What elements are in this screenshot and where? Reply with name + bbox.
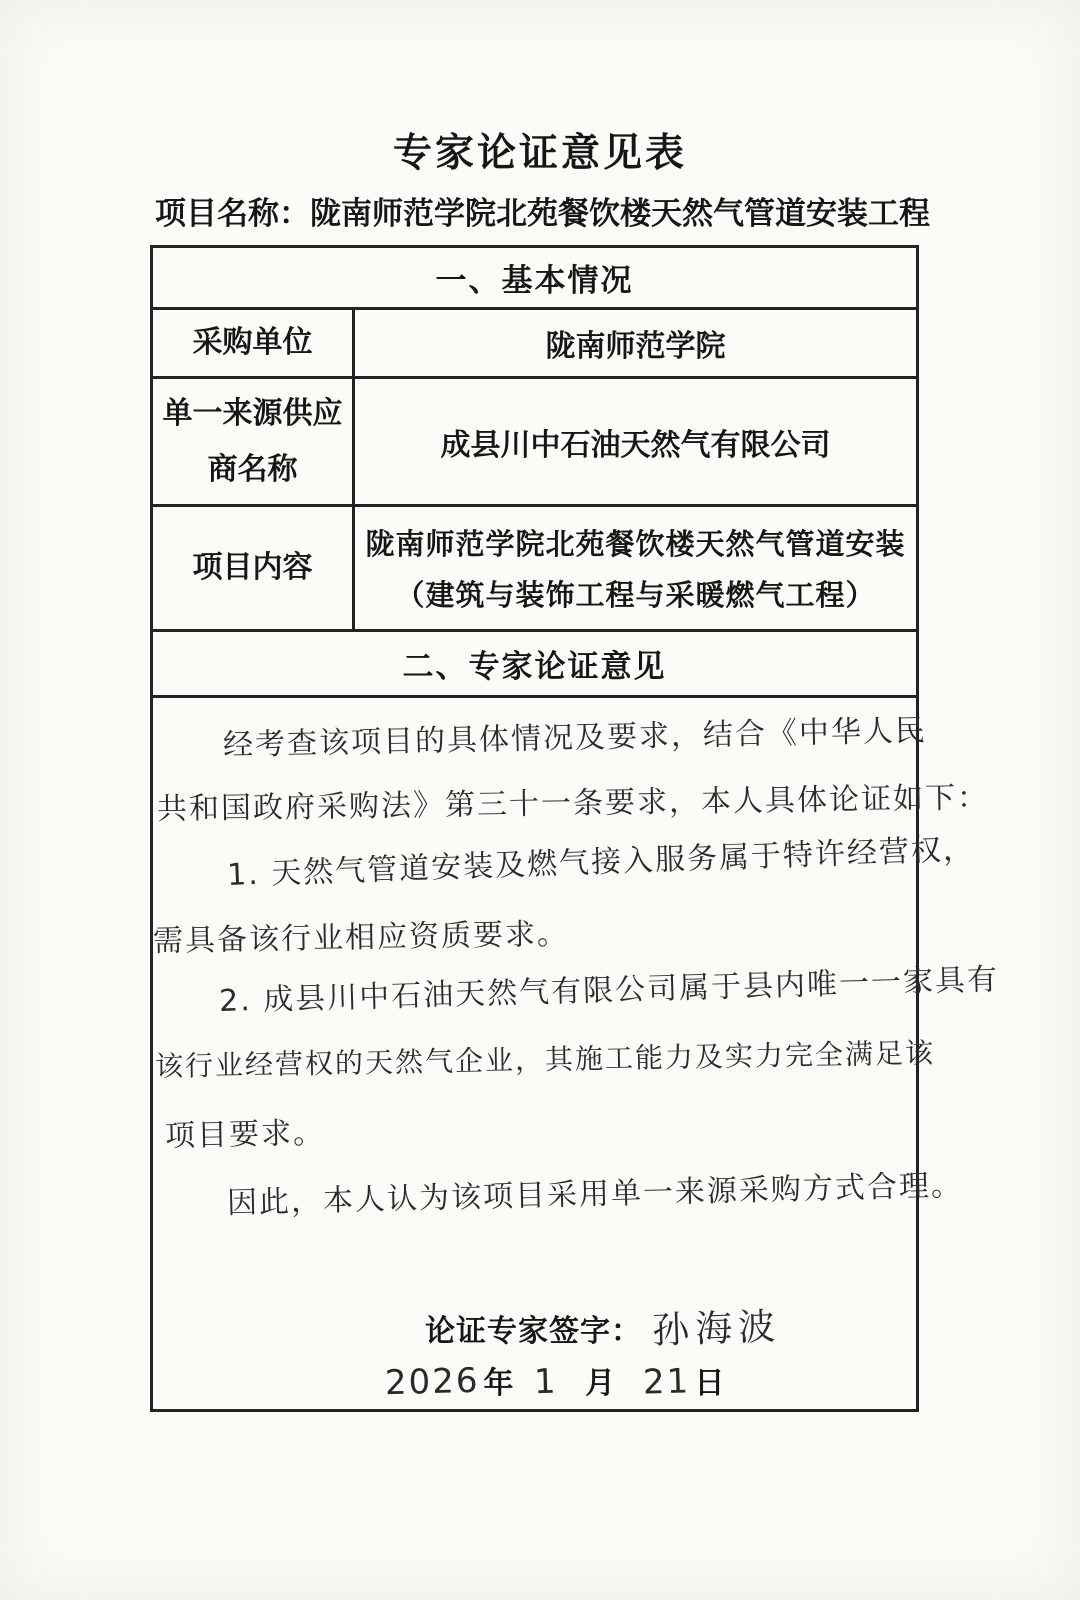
project-content-line1: 陇南师范学院北苑餐饮楼天然气管道安装 [365, 522, 905, 563]
page-title: 专家论证意见表 [0, 122, 1080, 178]
table-row-supplier: 单一来源供应商名称 成县川中石油天然气有限公司 [153, 379, 916, 507]
date-month-handwritten: 1 [533, 1362, 558, 1403]
opinion-form-table: 一、基本情况 采购单位 陇南师范学院 单一来源供应商名称 成县川中石油天然气有限… [150, 245, 919, 1412]
handwritten-line: 因此，本人认为该项目采用单一来源采购方式合理。 [226, 1160, 963, 1222]
project-name-label: 项目名称： [155, 196, 310, 231]
section-header-expert-opinion: 二、专家论证意见 [153, 632, 916, 698]
supplier-label: 单一来源供应商名称 [153, 379, 355, 504]
project-content-label: 项目内容 [153, 507, 355, 629]
signature-label: 论证专家签字： [425, 1306, 642, 1350]
date-month-unit: 月 [585, 1358, 615, 1402]
handwritten-line: 2. 成县川中石油天然气有限公司属于县内唯一一家具有 [218, 954, 999, 1020]
handwritten-line: 需具备该行业相应资质要求。 [153, 909, 570, 960]
purchaser-label: 采购单位 [153, 310, 355, 376]
signature-line: 论证专家签字： 孙海波 [425, 1298, 781, 1352]
handwritten-line: 共和国政府采购法》第三十一条要求，本人具体论证如下： [157, 772, 990, 828]
handwritten-line: 该行业经营权的天然气企业，其施工能力及实力完全满足该 [155, 1031, 936, 1085]
handwritten-line: 项目要求。 [165, 1108, 326, 1155]
date-year-unit: 年 [484, 1358, 514, 1402]
table-row-purchaser: 采购单位 陇南师范学院 [153, 310, 916, 379]
project-name-value: 陇南师范学院北苑餐饮楼天然气管道安装工程 [310, 196, 930, 231]
supplier-value: 成县川中石油天然气有限公司 [355, 379, 916, 504]
handwritten-line: 1. 天然气管道安装及燃气接入服务属于特许经营权， [226, 824, 975, 894]
section-header-basic-info: 一、基本情况 [153, 248, 916, 310]
expert-opinion-cell: 经考查该项目的具体情况及要求，结合《中华人民 共和国政府采购法》第三十一条要求，… [153, 698, 916, 1409]
scanned-document-page: 专家论证意见表 项目名称：陇南师范学院北苑餐饮楼天然气管道安装工程 一、基本情况… [0, 0, 1080, 1600]
date-year-handwritten: 2026 [384, 1361, 480, 1403]
purchaser-value: 陇南师范学院 [355, 310, 916, 376]
table-row-project-content: 项目内容 陇南师范学院北苑餐饮楼天然气管道安装 （建筑与装饰工程与采暖燃气工程） [153, 507, 916, 632]
date-day-handwritten: 21 [643, 1361, 691, 1402]
expert-signature-handwritten: 孙海波 [651, 1296, 782, 1354]
project-content-value: 陇南师范学院北苑餐饮楼天然气管道安装 （建筑与装饰工程与采暖燃气工程） [355, 507, 916, 629]
project-content-line2: （建筑与装饰工程与采暖燃气工程） [395, 573, 875, 614]
project-name-line: 项目名称：陇南师范学院北苑餐饮楼天然气管道安装工程 [155, 188, 935, 233]
handwritten-line: 经考查该项目的具体情况及要求，结合《中华人民 [223, 705, 928, 764]
date-line: 2026 年 1 月 21 日 [385, 1358, 724, 1402]
date-day-unit: 日 [694, 1358, 724, 1402]
